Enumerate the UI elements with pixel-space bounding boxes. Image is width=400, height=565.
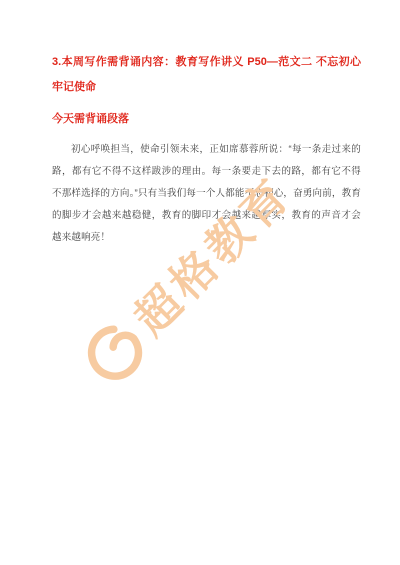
assignment-heading: 3.本周写作需背诵内容：教育写作讲义 P50—范文二 不忘初心 牢记使命: [52, 50, 361, 100]
document-content: 3.本周写作需背诵内容：教育写作讲义 P50—范文二 不忘初心 牢记使命 今天需…: [52, 50, 361, 249]
recite-paragraph: 初心呼唤担当，使命引领未来，正如席慕蓉所说：“每一条走过来的路，都有它不得不这样…: [52, 139, 361, 249]
chaoge-g-logo-icon: [73, 311, 158, 396]
document-page: 3.本周写作需背诵内容：教育写作讲义 P50—范文二 不忘初心 牢记使命 今天需…: [0, 0, 400, 565]
today-recite-subheading: 今天需背诵段落: [52, 112, 361, 126]
